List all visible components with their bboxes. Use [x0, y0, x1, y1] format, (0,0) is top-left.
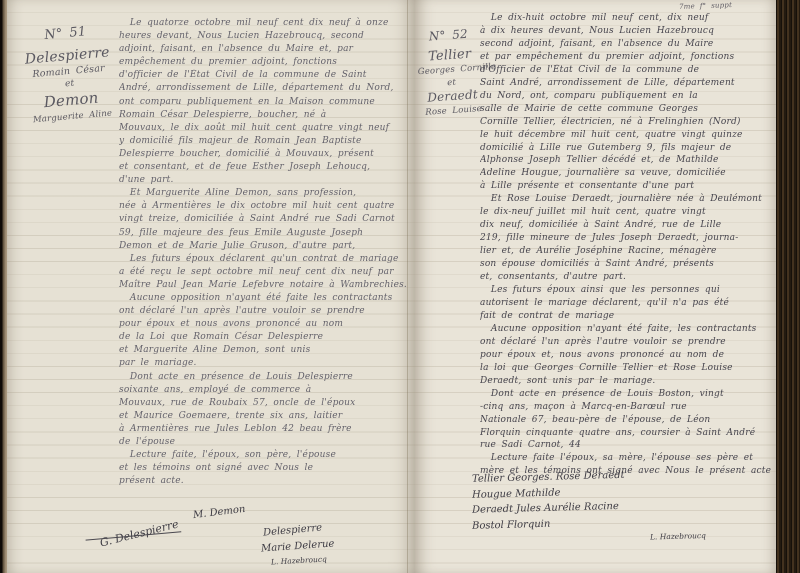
body-line: dix neuf, domiciliée à Saint André, rue … [480, 219, 774, 232]
register-book-scan: N° 51 DelespierreRomain CésaretDemonMarg… [0, 0, 800, 573]
body-line: le huit décembre mil huit cent, quatre v… [480, 129, 774, 142]
body-line: de la Loi que Romain César Delespierre [119, 331, 409, 344]
body-line: Alphonse Joseph Tellier décédé et, de Ma… [480, 154, 774, 167]
body-line: Et Marguerite Aline Demon, sans professi… [119, 187, 409, 200]
body-line: d'une part. [119, 174, 409, 187]
body-line: Lecture faite, l'époux, son père, l'épou… [119, 449, 409, 462]
signature: Delespierre [263, 522, 323, 538]
body-line: Florquin cinquante quatre ans, coursier … [480, 427, 774, 440]
body-line: Le quatorze octobre mil neuf cent dix ne… [119, 17, 409, 30]
act-body-51: Le quatorze octobre mil neuf cent dix ne… [119, 17, 409, 488]
body-line: rue Sadi Carnot, 44 [480, 439, 774, 452]
body-line: Saint André, arrondissement de Lille, dé… [480, 77, 774, 90]
margin-name-line: Rose Louise [420, 102, 487, 122]
signature: M. Demon [193, 504, 246, 521]
body-line: soixante ans, employé de commerce à [119, 384, 409, 397]
body-line: d'officier de l'État Civil de la commune… [119, 69, 409, 82]
body-line: Demon et de Marie Julie Gruson, d'autre … [119, 240, 409, 253]
body-line: heures devant, Nous Lucien Hazebroucq, s… [119, 30, 409, 43]
body-line: Lecture faite l'époux, sa mère, l'épouse… [480, 452, 774, 465]
body-line: et, consentants, d'autre part. [480, 271, 774, 284]
body-line: Mouvaux, le dix août mil huit cent quatr… [119, 122, 409, 135]
body-line: André, arrondissement de Lille, départem… [119, 82, 409, 95]
act-names-51: DelespierreRomain CésaretDemonMarguerite… [15, 45, 125, 130]
body-line: d'Officier de l'État Civil de la commune… [480, 64, 774, 77]
body-line: Adeline Hougue, journalière sa veuve, do… [480, 167, 774, 180]
body-line: second adjoint, faisant, en l'absence du… [480, 38, 774, 51]
body-line: son épouse domiciliés à Saint André, pré… [480, 258, 774, 271]
signature: L. Hazebroucq [271, 555, 327, 567]
body-line: Delespierre boucher, domicilié à Mouvaux… [119, 148, 409, 161]
body-line: Romain César Delespierre, boucher, né à [119, 109, 409, 122]
register-page-right: 7me f° suppt N° 52 TellierGeorges Cornil… [414, 0, 776, 573]
book-page-stack-edge-right [776, 0, 800, 573]
body-line: à Armentières rue Jules Leblon 42 beau f… [119, 423, 409, 436]
signature: L. Hazebroucq [650, 529, 762, 544]
act-body-52: Le dix-huit octobre mil neuf cent, dix n… [480, 12, 774, 478]
body-line: Maître Paul Jean Marie Lefebvre notaire … [119, 279, 409, 292]
body-line: Cornille Tellier, électricien, né à Frel… [480, 116, 774, 129]
body-line: Aucune opposition n'ayant été faite, les… [480, 323, 774, 336]
body-line: Le dix-huit octobre mil neuf cent, dix n… [480, 12, 774, 25]
body-line: Aucune opposition n'ayant été faite les … [119, 292, 409, 305]
body-line: salle de Mairie de cette commune Georges [480, 103, 774, 116]
body-line: ont déclaré l'un après l'autre vouloir s… [119, 305, 409, 318]
body-line: Et Rose Louise Deraedt, journalière née … [480, 193, 774, 206]
signatures-block-51: G. DelespierreM. DemonDelespierreMarie D… [93, 503, 373, 569]
body-line: a été reçu le sept octobre mil neuf cent… [119, 266, 409, 279]
body-line: Dont acte en présence de Louis Boston, v… [480, 388, 774, 401]
body-line: et par empêchement du premier adjoint, f… [480, 51, 774, 64]
body-line: la loi que Georges Cornille Tellier et R… [480, 362, 774, 375]
margin-annotation-left: N° 51 DelespierreRomain CésaretDemonMarg… [13, 22, 125, 130]
body-line: Les futurs époux ainsi que les personnes… [480, 284, 774, 297]
body-line: ont déclaré l'un après l'autre vouloir s… [480, 336, 774, 349]
book-binding-edge-left [0, 0, 7, 573]
body-line: le dix-neuf juillet mil huit cent, quatr… [480, 206, 774, 219]
act-number-52: N° 52 [415, 26, 482, 45]
body-line: 59, fille majeure des feus Emile Auguste… [119, 227, 409, 240]
body-line: -cinq ans, maçon à Marcq-en-Barœul rue [480, 401, 774, 414]
body-line: présent acte. [119, 475, 409, 488]
act-number-51: N° 51 [13, 22, 118, 46]
body-line: du Nord, ont, comparu publiquement en la [480, 90, 774, 103]
body-line: domicilié à Lille rue Gutemberg 9, fils … [480, 142, 774, 155]
body-line: et consentant, et de feue Esther Joseph … [119, 161, 409, 174]
body-line: et Maurice Goemaere, trente six ans, lai… [119, 410, 409, 423]
body-line: 219, fille mineure de Jules Joseph Derae… [480, 232, 774, 245]
body-line: par le mariage. [119, 357, 409, 370]
body-line: fait de contrat de mariage [480, 310, 774, 323]
body-line: Dont acte en présence de Louis Delespier… [119, 371, 409, 384]
body-line: vingt treize, domiciliée à Saint André r… [119, 213, 409, 226]
body-line: empêchement du premier adjoint, fonction… [119, 56, 409, 69]
body-line: adjoint, faisant, en l'absence du Maire … [119, 43, 409, 56]
body-line: lier et, de Aurélie Joséphine Racine, mé… [480, 245, 774, 258]
body-line: Deraedt, sont unis par le mariage. [480, 375, 774, 388]
body-line: de l'épouse [119, 436, 409, 449]
body-line: autorisent le mariage déclarent, qu'il n… [480, 297, 774, 310]
body-line: pour époux et, nous avons prononcé au no… [480, 349, 774, 362]
body-line: Nationale 67, beau-père de l'épouse, de … [480, 414, 774, 427]
body-line: à Lille présente et consentante d'une pa… [480, 180, 774, 193]
body-line: ont comparu publiquement en la Maison co… [119, 96, 409, 109]
signatures-block-52: Tellier Georges. Rose DeraedtHougue Math… [472, 468, 762, 542]
signature: G. Delespierre [99, 517, 180, 549]
margin-annotation-right: N° 52 TellierGeorges CornilleetDeraedtRo… [415, 26, 487, 121]
signature: Marie Delerue [261, 538, 335, 554]
body-line: Mouvaux, rue de Roubaix 57, oncle de l'é… [119, 397, 409, 410]
body-line: y domicilié fils majeur de Romain Jean B… [119, 135, 409, 148]
body-line: à dix heures devant, Nous Lucien Hazebro… [480, 25, 774, 38]
folio-corner-note: 7me f° suppt [679, 1, 732, 11]
body-line: et Marguerite Aline Demon, sont unis [119, 344, 409, 357]
register-page-left: N° 51 DelespierreRomain CésaretDemonMarg… [7, 0, 414, 573]
act-names-52: TellierGeorges CornilleetDeraedtRose Lou… [416, 46, 487, 121]
body-line: née à Armentières le dix octobre mil hui… [119, 200, 409, 213]
body-line: Les futurs époux déclarent qu'un contrat… [119, 253, 409, 266]
body-line: et les témoins ont signé avec Nous le [119, 462, 409, 475]
body-line: pour époux et nous avons prononcé au nom [119, 318, 409, 331]
